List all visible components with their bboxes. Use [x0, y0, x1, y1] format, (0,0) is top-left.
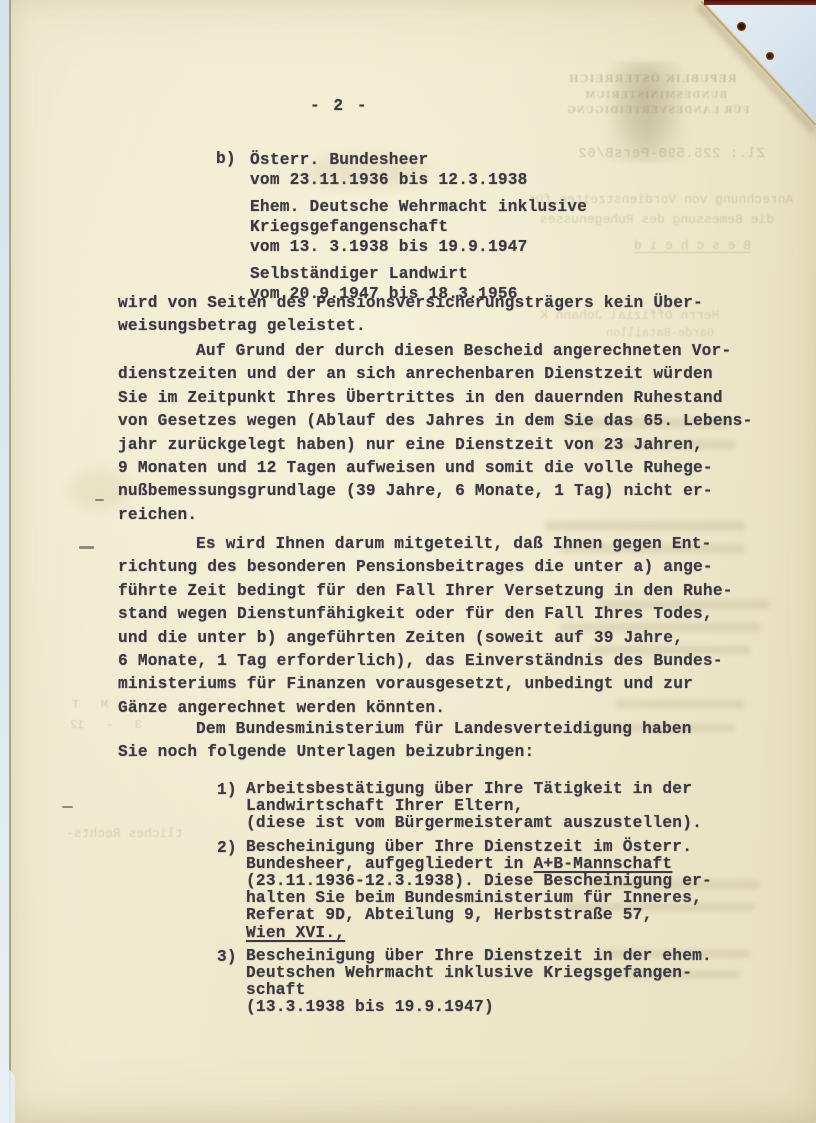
document-item-line: (diese ist vom Bürgermeisteramt auszuste…	[246, 815, 712, 832]
document-item-line: Deutschen Wehrmacht inklusive Kriegsgefa…	[246, 965, 712, 982]
paragraph-line: richtung des besonderen Pensionsbeitrage…	[118, 556, 768, 579]
document-item-line: Bescheinigung über Ihre Dienstzeit im Ös…	[246, 839, 712, 856]
paragraph: Dem Bundesministerium für Landesverteidi…	[118, 718, 768, 765]
service-period-line: Kriegsgefangenschaft	[250, 217, 587, 237]
paragraph-line: 9 Monaten und 12 Tagen aufweisen und som…	[118, 457, 768, 480]
text-segment: Referat 9D, Abteilung 9, Herbststraße 57…	[246, 906, 652, 924]
underlined-text: A+B-Mannschaft	[534, 855, 673, 873]
paragraph-line: Es wird Ihnen darum mitgeteilt, daß Ihne…	[118, 533, 768, 556]
scanner-edge-strip	[0, 0, 11, 1123]
document-list-item: 3)Bescheinigung über Ihre Dienstzeit in …	[246, 948, 712, 1017]
text-segment: Arbeitsbestätigung über Ihre Tätigkeit i…	[246, 780, 692, 798]
text-segment: schaft	[246, 981, 306, 999]
paragraph-line: und die unter b) angeführten Zeiten (sow…	[118, 627, 768, 650]
text-segment: halten Sie beim Bundesministerium für In…	[246, 889, 702, 907]
document-item-number: 1)	[217, 781, 237, 799]
paragraph-line: Sie im Zeitpunkt Ihres Übertrittes in de…	[118, 387, 768, 410]
document-item-line: (13.3.1938 bis 19.9.1947)	[246, 999, 712, 1016]
service-period-group: Ehem. Deutsche Wehrmacht inklusiveKriegs…	[250, 197, 587, 257]
paragraph-line: von Gesetzes wegen (Ablauf des Jahres in…	[118, 410, 768, 433]
document-item-line: Referat 9D, Abteilung 9, Herbststraße 57…	[246, 907, 712, 924]
paragraph: wird von Seiten des Pensionsversicherung…	[118, 292, 768, 339]
service-periods-label: b)	[216, 150, 236, 168]
service-period-line: Ehem. Deutsche Wehrmacht inklusive	[250, 197, 587, 217]
service-period-group: b)Österr. Bundesheervom 23.11.1936 bis 1…	[250, 150, 587, 190]
document-list-item: 1)Arbeitsbestätigung über Ihre Tätigkeit…	[246, 781, 712, 833]
paragraph-line: nußbemessungsgrundlage (39 Jahre, 6 Mona…	[118, 480, 768, 503]
paragraph-line: dienstzeiten und der an sich anrechenbar…	[118, 363, 768, 386]
text-segment: Landwirtschaft Ihrer Eltern,	[246, 797, 524, 815]
text-segment: (23.11.1936-12.3.1938). Diese Bescheinig…	[246, 872, 712, 890]
paragraph-line: reichen.	[118, 504, 768, 527]
document-item-line: halten Sie beim Bundesministerium für In…	[246, 890, 712, 907]
paper-hole-mark	[766, 52, 774, 60]
document-item-line: schaft	[246, 982, 712, 999]
paragraph-line: führte Zeit bedingt für den Fall Ihrer V…	[118, 580, 768, 603]
underlined-text: Wien XVI.,	[246, 924, 345, 942]
paragraph: Auf Grund der durch diesen Bescheid ange…	[118, 340, 768, 527]
scanned-document-page: REPUBLIK ÖSTERREICHBUNDESMINISTERIUMFÜR …	[0, 0, 816, 1123]
document-item-line: Bundesheer, aufgegliedert in A+B-Mannsch…	[246, 856, 712, 873]
paragraph-line: stand wegen Dienstunfähigkeit oder für d…	[118, 603, 768, 626]
pencil-mark	[79, 546, 94, 549]
paragraph-line: Gänze angerechnet werden könnten.	[118, 697, 768, 720]
page-number: - 2 -	[310, 97, 369, 115]
document-list-item: 2)Bescheinigung über Ihre Dienstzeit im …	[246, 839, 712, 942]
paragraph-line: Auf Grund der durch diesen Bescheid ange…	[118, 340, 768, 363]
paper-sheet: REPUBLIK ÖSTERREICHBUNDESMINISTERIUMFÜR …	[0, 0, 816, 1123]
paragraph-line: weisungsbetrag geleistet.	[118, 315, 768, 338]
text-segment: Deutschen Wehrmacht inklusive Kriegsgefa…	[246, 964, 692, 982]
scanner-edge-strip-bottom	[0, 1068, 15, 1123]
paragraph-line: jahr zurückgelegt haben) nur eine Dienst…	[118, 434, 768, 457]
service-period-line: Österr. Bundesheer	[250, 150, 587, 170]
text-segment: Bescheinigung über Ihre Dienstzeit in de…	[246, 947, 712, 965]
document-item-number: 3)	[217, 948, 237, 966]
document-item-number: 2)	[217, 839, 237, 857]
paragraph-line: ministeriums für Finanzen vorausgesetzt,…	[118, 673, 768, 696]
document-item-line: Landwirtschaft Ihrer Eltern,	[246, 798, 712, 815]
service-period-line: vom 13. 3.1938 bis 19.9.1947	[250, 237, 587, 257]
paragraph-line: Sie noch folgende Unterlagen beizubringe…	[118, 741, 768, 764]
service-period-line: vom 23.11.1936 bis 12.3.1938	[250, 170, 587, 190]
service-period-line: Selbständiger Landwirt	[250, 264, 587, 284]
paper-hole-mark	[737, 22, 746, 31]
required-documents-list: 1)Arbeitsbestätigung über Ihre Tätigkeit…	[246, 781, 712, 1023]
top-edge-dark-line	[704, 0, 816, 5]
service-periods-block: b)Österr. Bundesheervom 23.11.1936 bis 1…	[250, 150, 587, 311]
pencil-mark	[95, 499, 104, 501]
pencil-mark	[62, 806, 73, 808]
document-item-line: Wien XVI.,	[246, 925, 712, 942]
text-segment: (diese ist vom Bürgermeisteramt auszuste…	[246, 814, 702, 832]
paragraph: Es wird Ihnen darum mitgeteilt, daß Ihne…	[118, 533, 768, 720]
typed-content: - 2 - b)Österr. Bundesheervom 23.11.1936…	[0, 0, 816, 1123]
paragraph-line: 6 Monate, 1 Tag erforderlich), das Einve…	[118, 650, 768, 673]
paragraph-line: wird von Seiten des Pensionsversicherung…	[118, 292, 768, 315]
text-segment: (13.3.1938 bis 19.9.1947)	[246, 998, 494, 1016]
text-segment: Bescheinigung über Ihre Dienstzeit im Ös…	[246, 838, 692, 856]
text-segment: Bundesheer, aufgegliedert in	[246, 855, 534, 873]
paragraph-line: Dem Bundesministerium für Landesverteidi…	[118, 718, 768, 741]
document-item-line: Arbeitsbestätigung über Ihre Tätigkeit i…	[246, 781, 712, 798]
document-item-line: (23.11.1936-12.3.1938). Diese Bescheinig…	[246, 873, 712, 890]
document-item-line: Bescheinigung über Ihre Dienstzeit in de…	[246, 948, 712, 965]
